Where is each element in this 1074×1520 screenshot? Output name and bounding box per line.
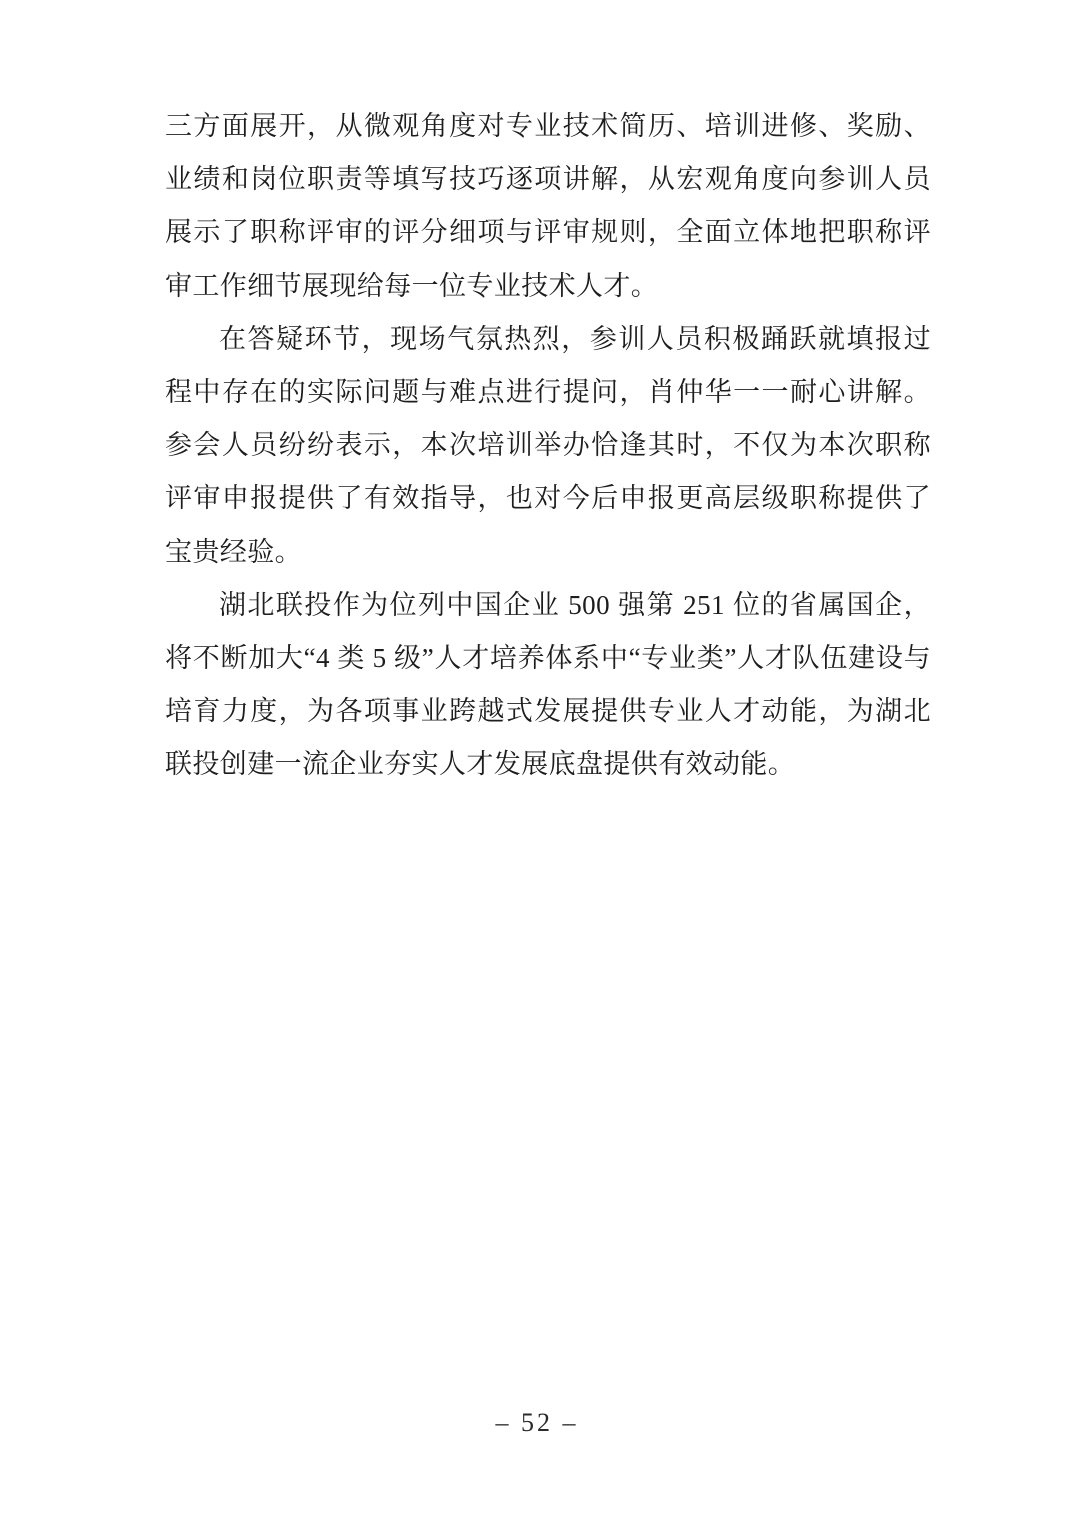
paragraph: 湖北联投作为位列中国企业 500 强第 251 位的省属国企，将不断加大“4 类… — [165, 579, 931, 792]
page-number: – 52 – — [496, 1408, 579, 1437]
paragraph-continuation: 三方面展开，从微观角度对专业技术简历、培训进修、奖励、业绩和岗位职责等填写技巧逐… — [165, 100, 931, 313]
page-background: 三方面展开，从微观角度对专业技术简历、培训进修、奖励、业绩和岗位职责等填写技巧逐… — [0, 0, 1074, 1520]
document-page: { "page": { "background_color": "#ffffff… — [0, 0, 1074, 1520]
document-body: 三方面展开，从微观角度对专业技术简历、培训进修、奖励、业绩和岗位职责等填写技巧逐… — [165, 100, 931, 792]
paragraph: 在答疑环节，现场气氛热烈，参训人员积极踊跃就填报过程中存在的实际问题与难点进行提… — [165, 313, 931, 579]
page-footer: – 52 – — [0, 1408, 1074, 1438]
